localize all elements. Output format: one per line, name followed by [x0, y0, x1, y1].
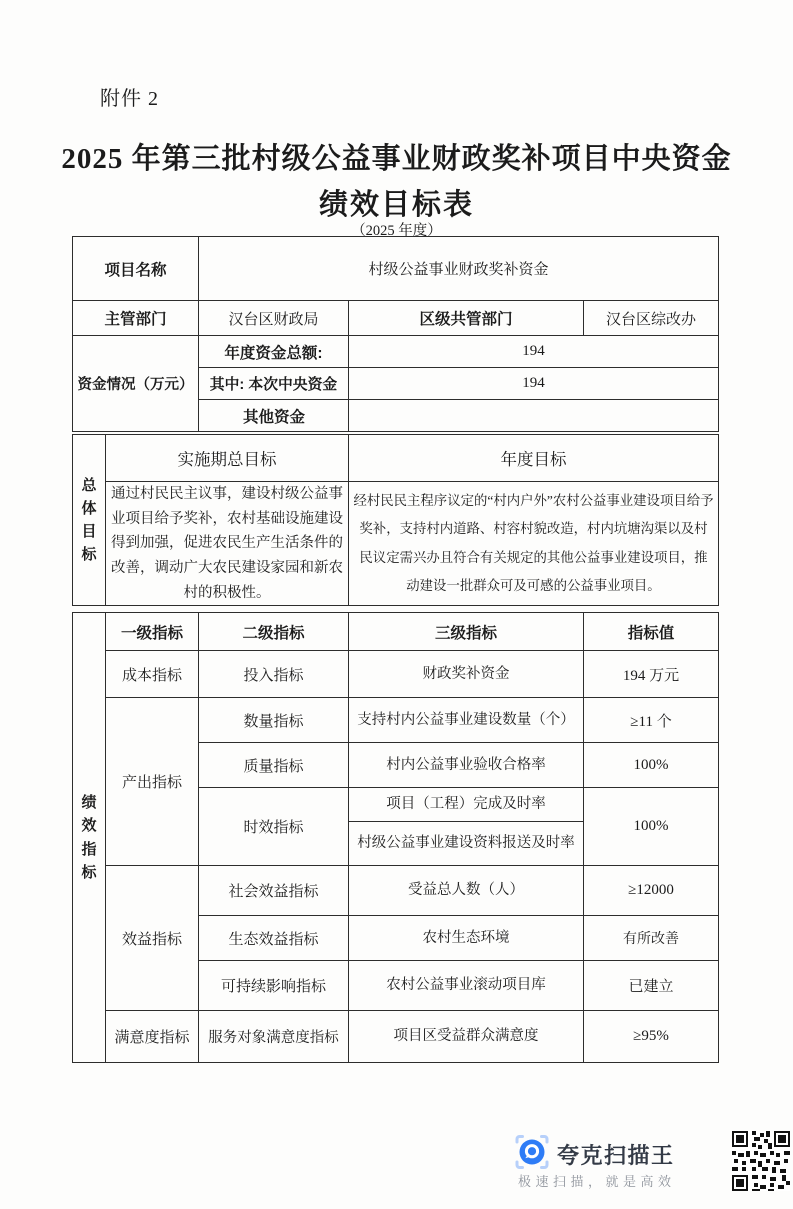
- quantity-value: ≥11 个: [584, 698, 719, 743]
- cost-level3: 财政奖补资金: [349, 651, 584, 698]
- attachment-label: 附件 2: [100, 82, 159, 111]
- table-row: 满意度指标 服务对象满意度指标 项目区受益群众满意度 ≥95%: [73, 1011, 719, 1063]
- co-dept-value: 汉台区综改办: [584, 301, 719, 336]
- project-name-value: 村级公益事业财政奖补资金: [199, 237, 719, 301]
- project-name-label: 项目名称: [73, 237, 199, 301]
- sustain-level3: 农村公益事业滚动项目库: [349, 961, 584, 1011]
- cost-level2: 投入指标: [199, 651, 349, 698]
- satisfaction-level3: 项目区受益群众满意度: [349, 1011, 584, 1063]
- cost-level1: 成本指标: [106, 651, 199, 698]
- impl-goal-header: 实施期总目标: [106, 435, 349, 482]
- sustain-value: 已建立: [584, 961, 719, 1011]
- quality-level3: 村内公益事业验收合格率: [349, 743, 584, 788]
- scanned-document-page: 附件 2 2025 年第三批村级公益事业财政奖补项目中央资金 绩效目标表 （20…: [0, 0, 793, 1209]
- social-level2: 社会效益指标: [199, 866, 349, 916]
- sustain-level2: 可持续影响指标: [199, 961, 349, 1011]
- impl-goal-text: 通过村民民主议事，建设村级公益事业项目给予奖补，农村基础设施建设得到加强，促进农…: [106, 482, 349, 606]
- funds-other-label: 其他资金: [199, 400, 349, 432]
- eco-level2: 生态效益指标: [199, 916, 349, 961]
- quantity-level3: 支持村内公益事业建设数量（个）: [349, 698, 584, 743]
- table-row: 产出指标 数量指标 支持村内公益事业建设数量（个） ≥11 个: [73, 698, 719, 743]
- quantity-level2: 数量指标: [199, 698, 349, 743]
- document-title-line2: 绩效目标表: [0, 182, 793, 223]
- dept-label: 主管部门: [73, 301, 199, 336]
- eco-value: 有所改善: [584, 916, 719, 961]
- output-level1: 产出指标: [106, 698, 199, 866]
- funds-other-value: [349, 400, 719, 432]
- co-dept-label: 区级共管部门: [349, 301, 584, 336]
- table-row: 成本指标 投入指标 财政奖补资金 194 万元: [73, 651, 719, 698]
- project-info-table: 项目名称 村级公益事业财政奖补资金 主管部门 汉台区财政局 区级共管部门 汉台区…: [72, 236, 719, 432]
- overall-goal-table: 总体目标 实施期总目标 年度目标 通过村民民主议事，建设村级公益事业项目给予奖补…: [72, 434, 719, 606]
- header-value: 指标值: [584, 613, 719, 651]
- time-value: 100%: [584, 788, 719, 866]
- social-value: ≥12000: [584, 866, 719, 916]
- overall-goal-section-label: 总体目标: [73, 435, 106, 606]
- header-level2: 二级指标: [199, 613, 349, 651]
- annual-goal-text: 经村民民主程序议定的“村内户外”农村公益事业建设项目给予奖补，支持村内道路、村容…: [349, 482, 719, 606]
- document-title-line1: 2025 年第三批村级公益事业财政奖补项目中央资金: [0, 136, 793, 177]
- funds-total-label: 年度资金总额:: [199, 336, 349, 368]
- funds-central-label: 其中: 本次中央资金: [199, 368, 349, 400]
- header-level1: 一级指标: [106, 613, 199, 651]
- satisfaction-level2: 服务对象满意度指标: [199, 1011, 349, 1063]
- qr-code-icon: [732, 1131, 790, 1196]
- annual-goal-header: 年度目标: [349, 435, 719, 482]
- satisfaction-level1: 满意度指标: [106, 1011, 199, 1063]
- table-row: 效益指标 社会效益指标 受益总人数（人） ≥12000: [73, 866, 719, 916]
- time-level3-a: 项目（工程）完成及时率: [349, 788, 584, 822]
- benefit-level1: 效益指标: [106, 866, 199, 1011]
- scanner-watermark: 夸克扫描王 极速扫描，就是高效: [512, 1128, 732, 1196]
- scanner-tagline: 极速扫描，就是高效: [518, 1171, 676, 1190]
- cost-value: 194 万元: [584, 651, 719, 698]
- satisfaction-value: ≥95%: [584, 1011, 719, 1063]
- time-level3-b: 村级公益事业建设资料报送及时率: [349, 822, 584, 866]
- funds-central-value: 194: [349, 368, 719, 400]
- dept-value: 汉台区财政局: [199, 301, 349, 336]
- social-level3: 受益总人数（人）: [349, 866, 584, 916]
- performance-indicators-table: 绩效指标 一级指标 二级指标 三级指标 指标值 成本指标 投入指标 财政奖补资金…: [72, 612, 719, 1063]
- quality-value: 100%: [584, 743, 719, 788]
- funds-section-label: 资金情况（万元）: [73, 336, 199, 432]
- funds-total-value: 194: [349, 336, 719, 368]
- eco-level3: 农村生态环境: [349, 916, 584, 961]
- quality-level2: 质量指标: [199, 743, 349, 788]
- perf-section-label: 绩效指标: [73, 613, 106, 1063]
- header-level3: 三级指标: [349, 613, 584, 651]
- scanner-brand-name: 夸克扫描王: [557, 1139, 675, 1170]
- time-level2: 时效指标: [199, 788, 349, 866]
